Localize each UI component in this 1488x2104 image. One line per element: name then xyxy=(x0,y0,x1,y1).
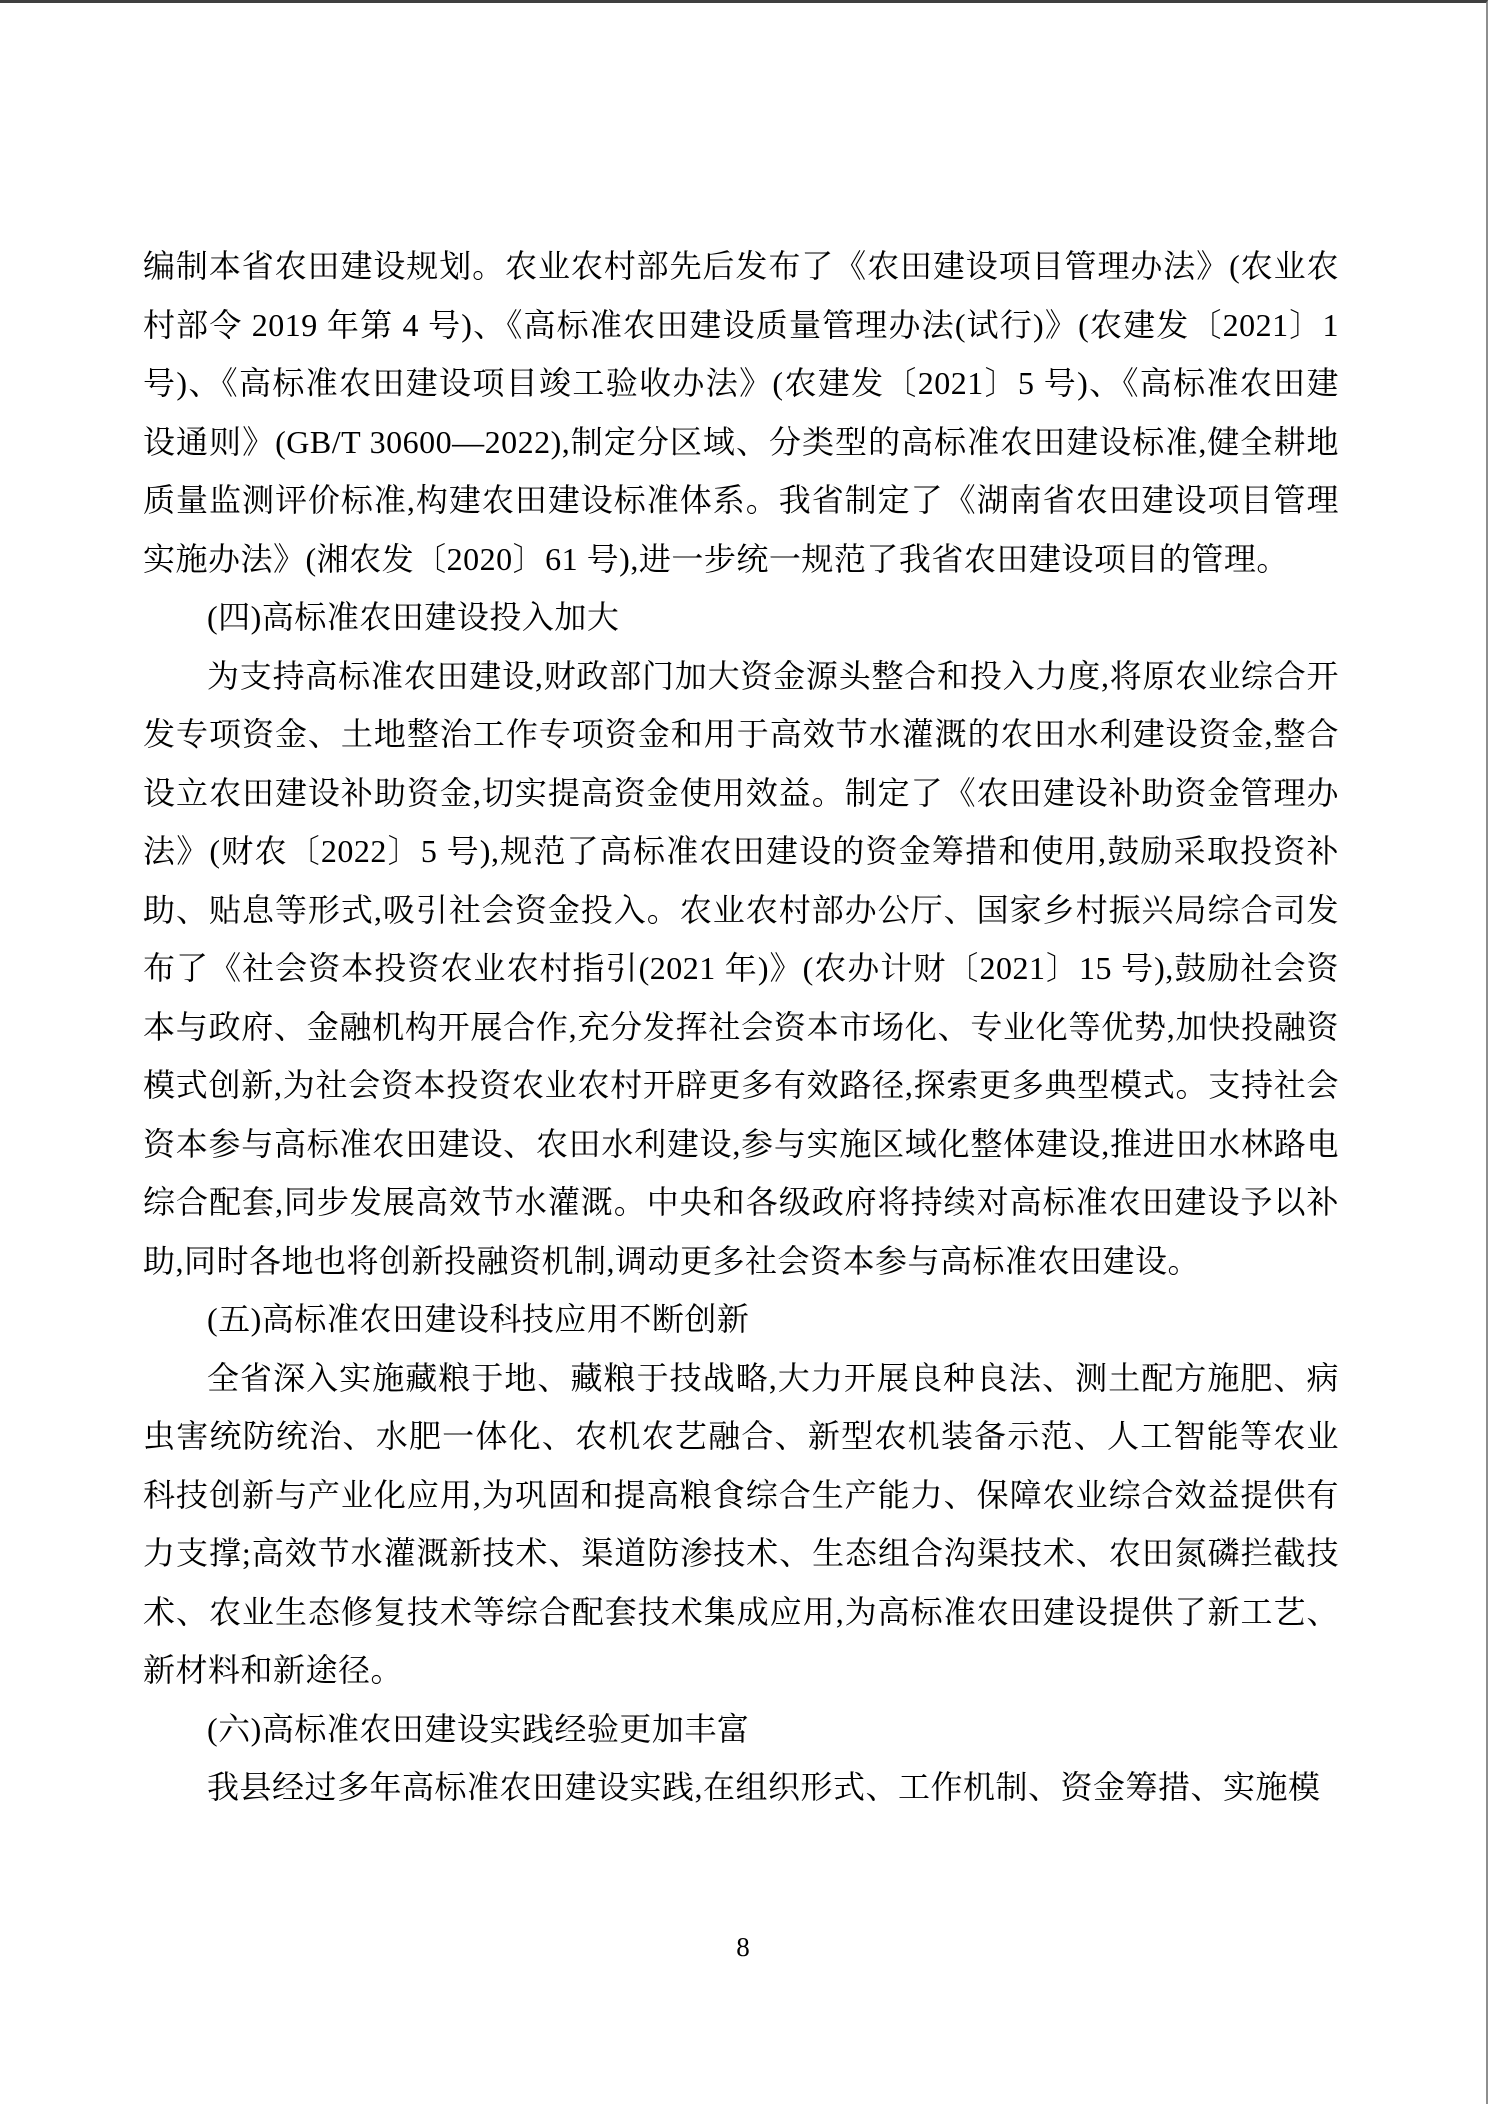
page-number: 8 xyxy=(0,1931,1486,1963)
section-heading-4: (四)高标准农田建设投入加大 xyxy=(143,588,1339,647)
paragraph: 我县经过多年高标准农田建设实践,在组织形式、工作机制、资金筹措、实施模 xyxy=(143,1758,1339,1817)
document-page: 编制本省农田建设规划。农业农村部先后发布了《农田建设项目管理办法》(农业农村部令… xyxy=(0,0,1488,2104)
paragraph-continuation: 编制本省农田建设规划。农业农村部先后发布了《农田建设项目管理办法》(农业农村部令… xyxy=(143,237,1339,588)
section-heading-6: (六)高标准农田建设实践经验更加丰富 xyxy=(143,1700,1339,1759)
section-heading-5: (五)高标准农田建设科技应用不断创新 xyxy=(143,1290,1339,1349)
page-body: 编制本省农田建设规划。农业农村部先后发布了《农田建设项目管理办法》(农业农村部令… xyxy=(143,3,1339,1817)
paragraph: 全省深入实施藏粮于地、藏粮于技战略,大力开展良种良法、测土配方施肥、病虫害统防统… xyxy=(143,1349,1339,1700)
paragraph: 为支持高标准农田建设,财政部门加大资金源头整合和投入力度,将原农业综合开发专项资… xyxy=(143,647,1339,1291)
